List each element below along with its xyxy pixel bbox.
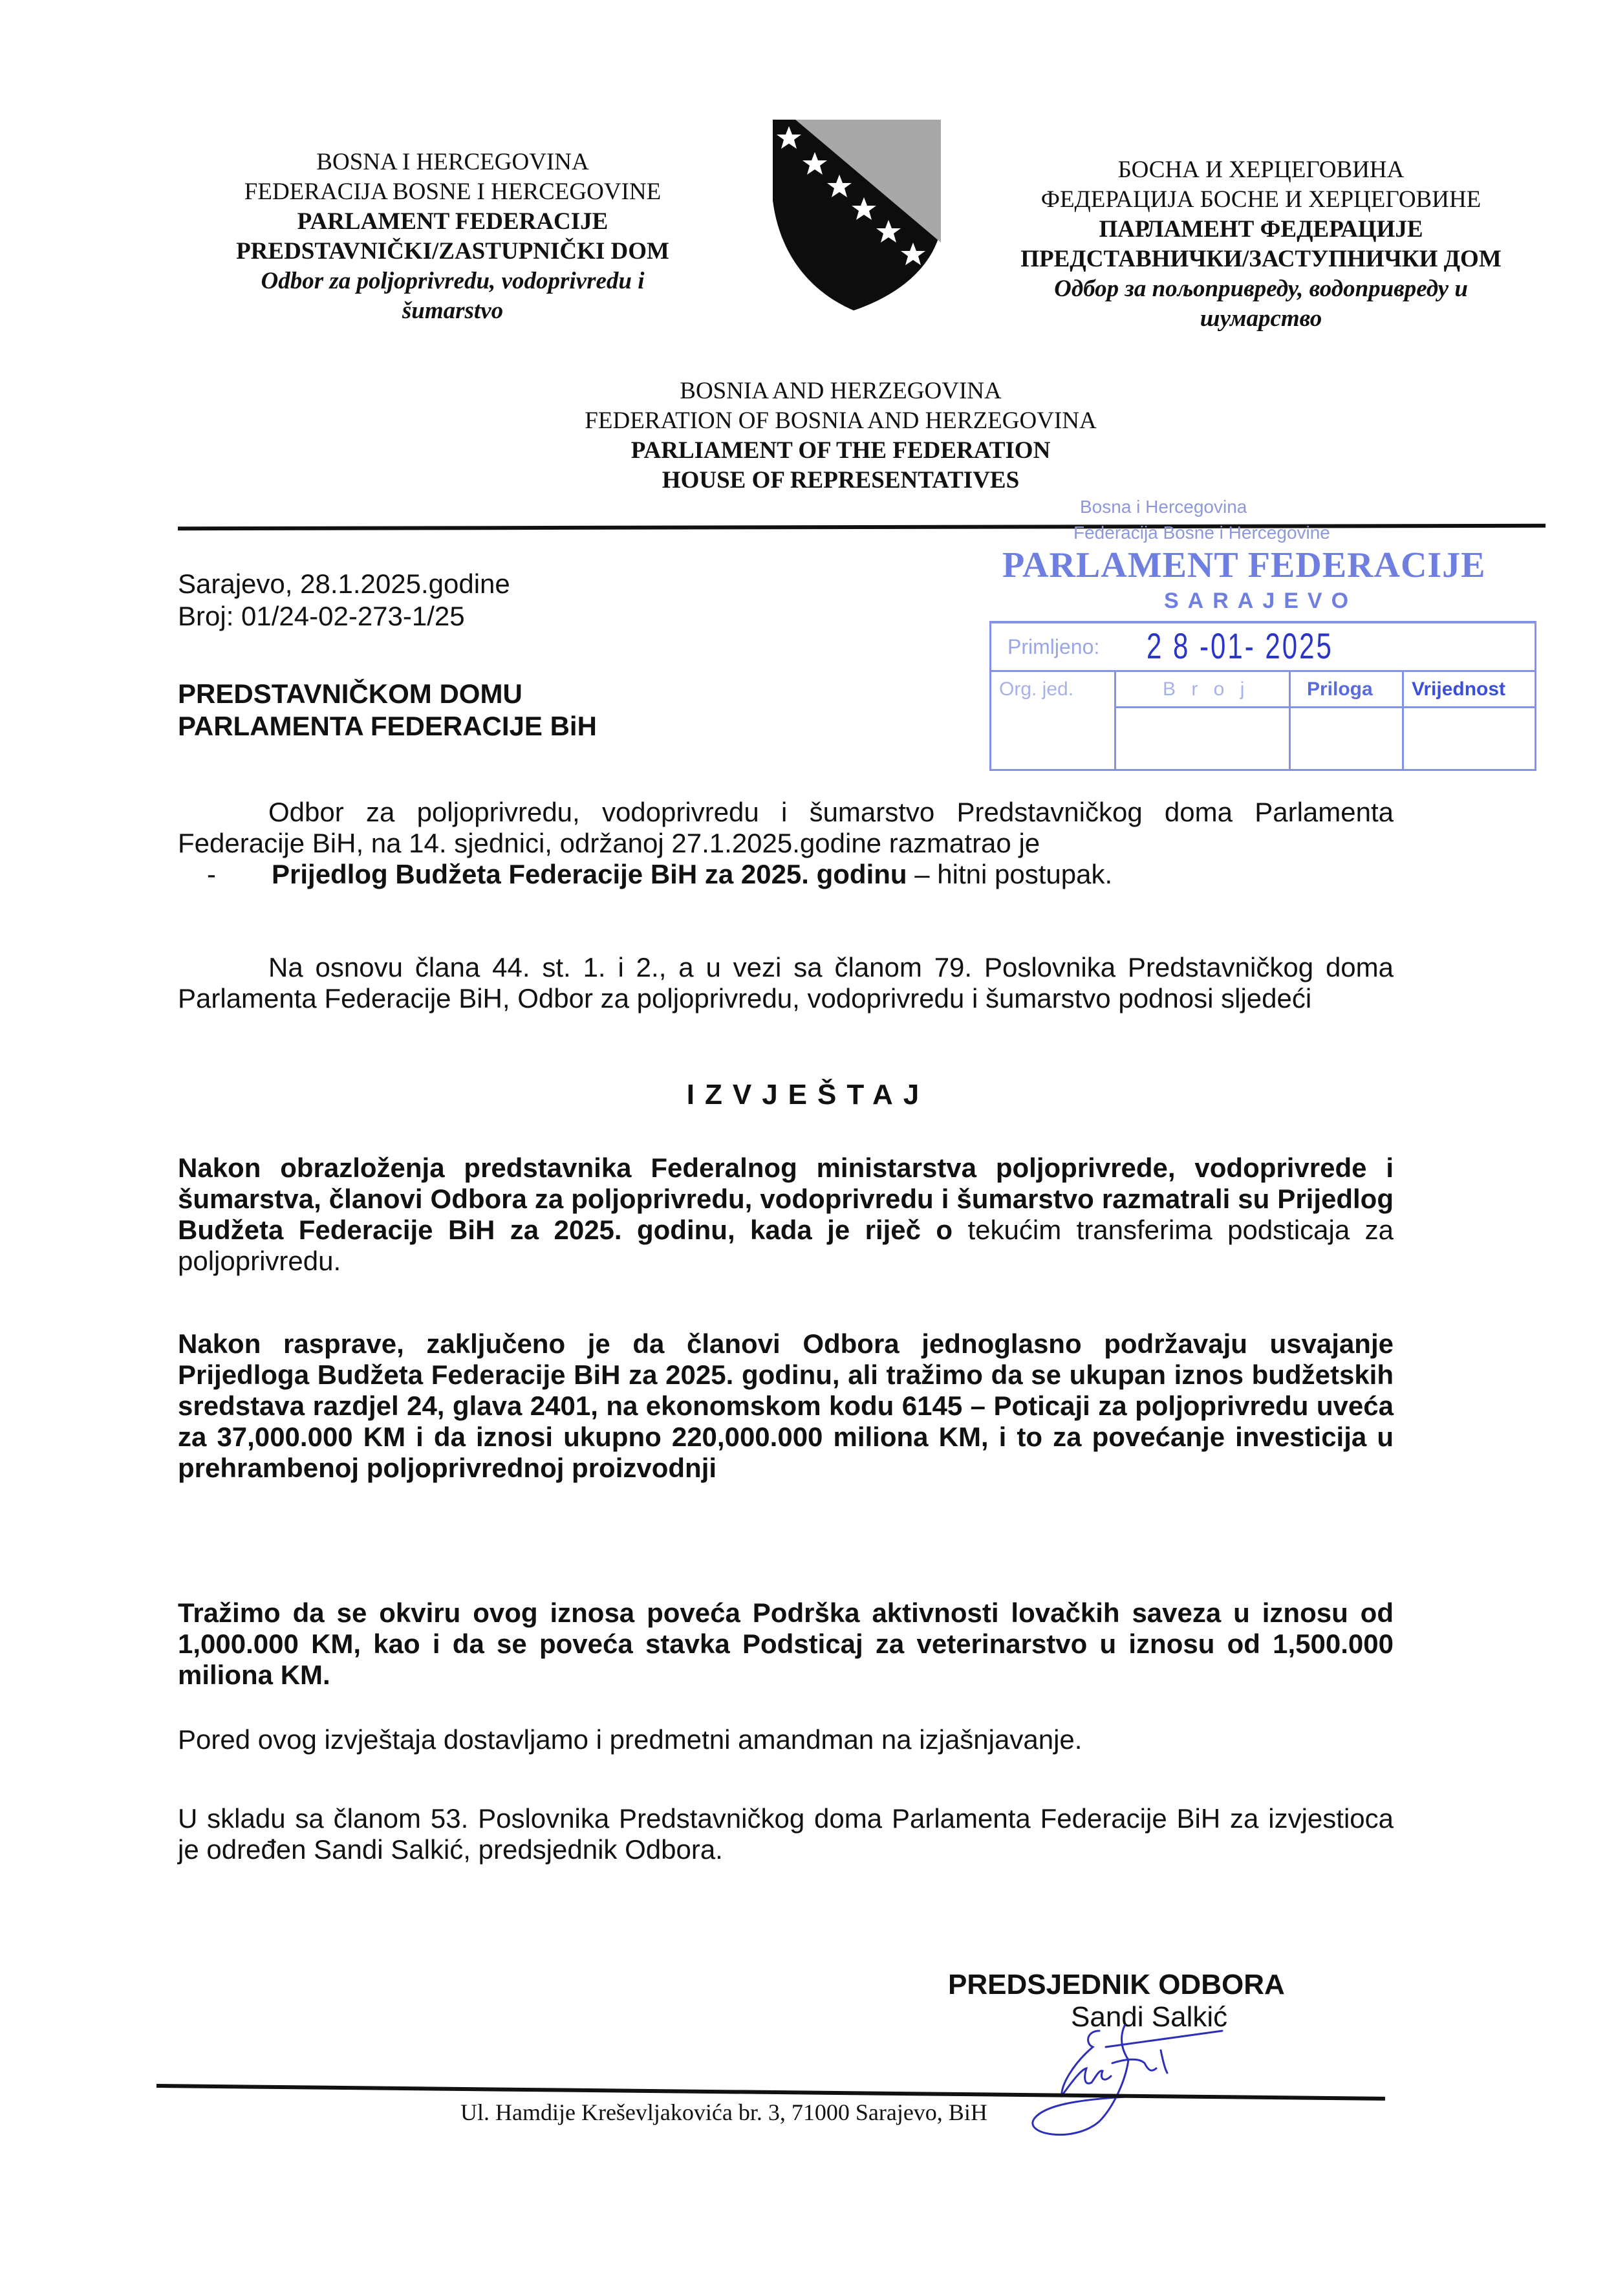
- stamp-col-value: Vrijednost: [1412, 678, 1505, 700]
- header-parliament-cyr: ПАРЛАМЕНТ ФЕДЕРАЦИЈЕ: [970, 215, 1552, 244]
- header-federation-cyr: ФЕДЕРАЦИЈА БОСНЕ И ХЕРЦЕГОВИНЕ: [970, 185, 1552, 215]
- footer-address: Ul. Hamdije Kreševljakovića br. 3, 71000…: [460, 2099, 987, 2126]
- stamp-col-number: B r o j: [1163, 678, 1249, 700]
- agenda-item-title: Prijedlog Budžeta Federacije BiH za 2025…: [272, 859, 907, 889]
- header-house-cyr: ПРЕДСТАВНИЧКИ/ЗАСТУПНИЧКИ ДОМ: [970, 244, 1552, 274]
- legal-basis-paragraph: Na osnovu člana 44. st. 1. i 2., a u vez…: [178, 952, 1394, 1014]
- header-country: BOSNA I HERCEGOVINA: [194, 147, 711, 177]
- place-date: Sarajevo, 28.1.2025.godine: [178, 568, 510, 600]
- header-committee-cyr: Одбор за пољопривреду, водопривреду и: [970, 274, 1552, 304]
- agenda-item-note: – hitni postupak.: [907, 859, 1113, 889]
- header-country-cyr: БОСНА И ХЕРЦЕГОВИНА: [970, 155, 1552, 185]
- intro-paragraph: Odbor za poljoprivredu, vodoprivredu i š…: [178, 797, 1394, 859]
- header-federation: FEDERACIJA BOSNE I HERCEGOVINE: [194, 177, 711, 207]
- amendment-paragraph: Pored ovog izvještaja dostavljamo i pred…: [178, 1724, 1394, 1755]
- discussion-paragraph: Nakon obrazloženja predstavnika Federaln…: [178, 1153, 1394, 1277]
- header-cyrillic: БОСНА И ХЕРЦЕГОВИНА ФЕДЕРАЦИЈА БОСНЕ И Х…: [970, 155, 1552, 334]
- header-committee-cyr-cont: шумарство: [970, 304, 1552, 334]
- header-house: PREDSTAVNIČKI/ZASTUPNIČKI DOM: [194, 237, 711, 266]
- stamp-header-line: [1114, 706, 1535, 708]
- stamp-parliament: PARLAMENT FEDERACIJE: [1002, 545, 1486, 586]
- stamp-received-date: 2 8 -01- 2025: [1147, 625, 1333, 667]
- document-number: Broj: 01/24-02-273-1/25: [178, 600, 510, 633]
- request-paragraph: Tražimo da se okviru ovog iznosa poveća …: [178, 1597, 1394, 1691]
- stamp-col-divider: [1289, 670, 1291, 769]
- stamp-col-divider: [1402, 670, 1404, 769]
- header-bosnian: BOSNA I HERCEGOVINA FEDERACIJA BOSNE I H…: [194, 147, 711, 326]
- stamp-col-attachments: Priloga: [1307, 678, 1373, 700]
- signatory-title: PREDSJEDNIK ODBORA: [948, 1969, 1285, 2001]
- header-federation-en: FEDERATION OF BOSNIA AND HERZEGOVINA: [517, 406, 1164, 436]
- stamp-received-label: Primljeno:: [1007, 635, 1099, 659]
- agenda-item: -Prijedlog Budžeta Federacije BiH za 202…: [207, 859, 1112, 890]
- conclusion-paragraph: Nakon rasprave, zaključeno je da članovi…: [178, 1328, 1394, 1484]
- header-committee-cont: šumarstvo: [194, 296, 711, 326]
- stamp-federation: Federacija Bosne i Hercegovine: [1073, 523, 1330, 543]
- bullet-dash: -: [207, 859, 272, 890]
- addressee: PREDSTAVNIČKOM DOMU PARLAMENTA FEDERACIJ…: [178, 678, 597, 742]
- rapporteur-paragraph: U skladu sa članom 53. Poslovnika Predst…: [178, 1803, 1394, 1865]
- addressee-line1: PREDSTAVNIČKOM DOMU: [178, 678, 597, 710]
- stamp-city: SARAJEVO: [1164, 589, 1357, 614]
- stamp-table: Primljeno: 2 8 -01- 2025 Org. jed. B r o…: [989, 621, 1536, 771]
- header-parliament-en: PARLIAMENT OF THE FEDERATION: [517, 436, 1164, 466]
- received-stamp: Bosna i Hercegovina Federacija Bosne i H…: [976, 492, 1552, 776]
- stamp-country: Bosna i Hercegovina: [1080, 497, 1247, 517]
- document-meta: Sarajevo, 28.1.2025.godine Broj: 01/24-0…: [178, 568, 510, 633]
- header-english: BOSNIA AND HERZEGOVINA FEDERATION OF BOS…: [517, 376, 1164, 495]
- signature-icon: [1015, 2024, 1377, 2147]
- report-title: IZVJEŠTAJ: [0, 1079, 1616, 1111]
- header-parliament: PARLAMENT FEDERACIJE: [194, 207, 711, 237]
- header-committee: Odbor za poljoprivredu, vodoprivredu i: [194, 266, 711, 296]
- header-country-en: BOSNIA AND HERZEGOVINA: [517, 376, 1164, 406]
- coat-of-arms-icon: [770, 116, 944, 314]
- stamp-col-divider: [1114, 670, 1116, 769]
- stamp-received-row: Primljeno: 2 8 -01- 2025: [991, 623, 1535, 672]
- addressee-line2: PARLAMENTA FEDERACIJE BiH: [178, 710, 597, 742]
- stamp-col-org: Org. jed.: [999, 678, 1073, 700]
